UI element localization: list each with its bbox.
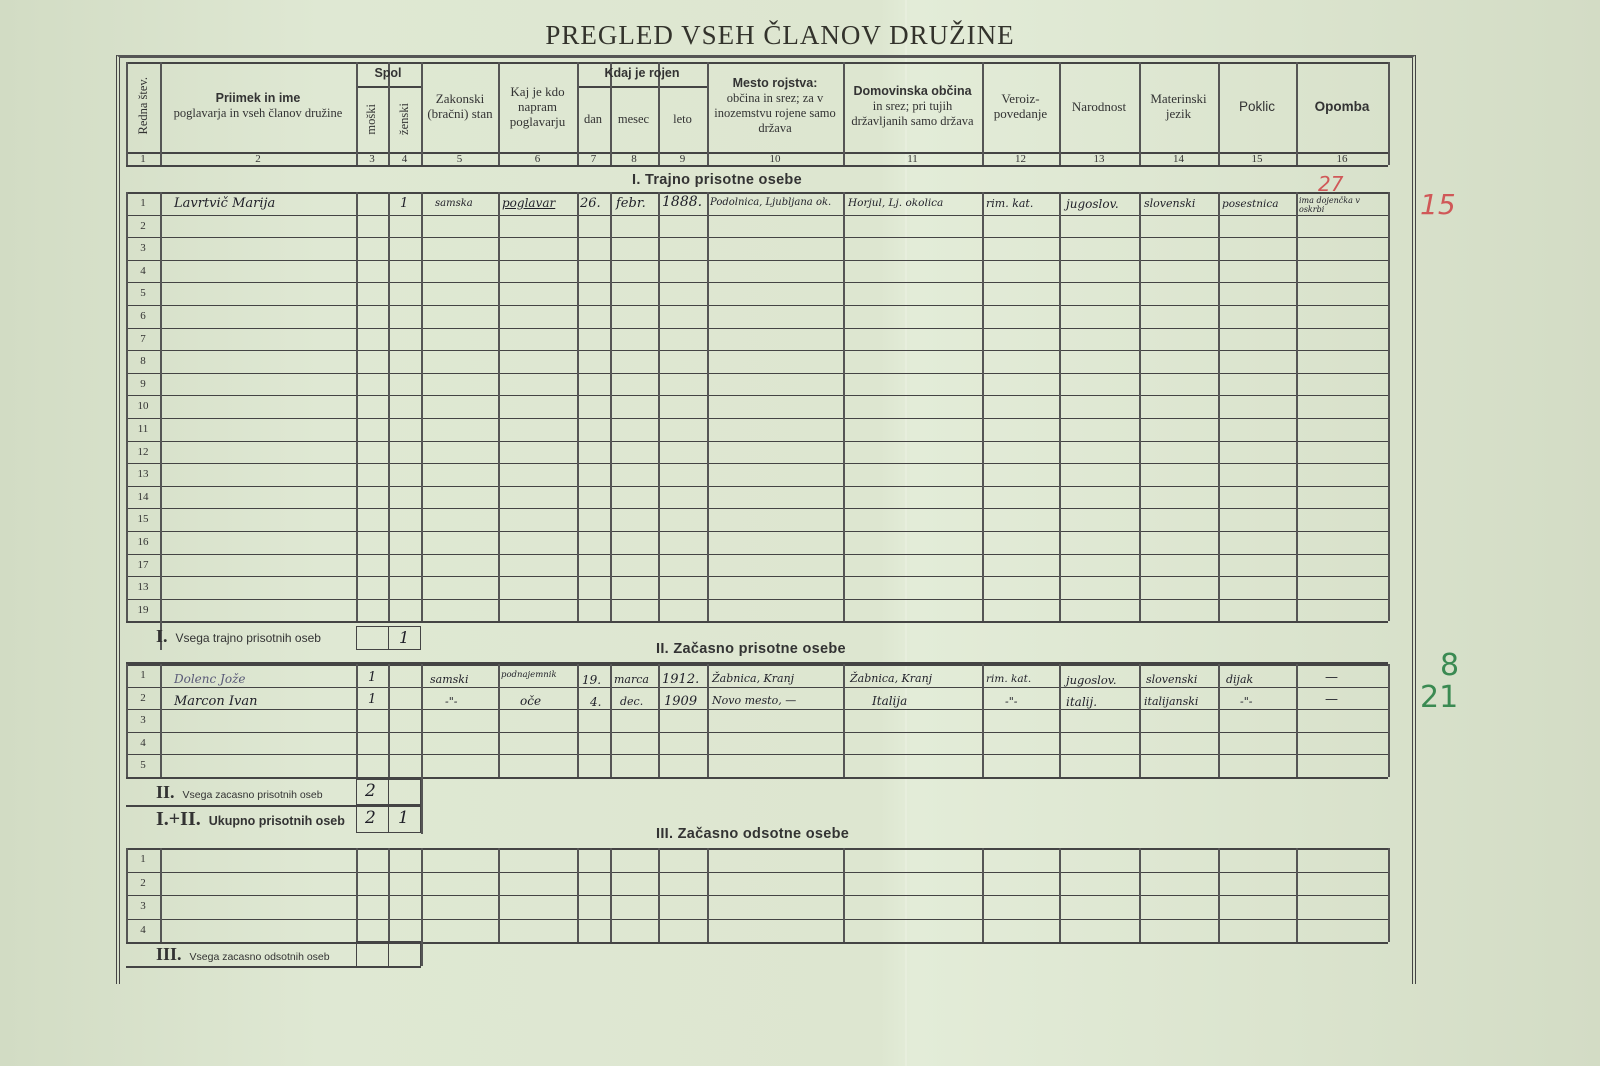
total-s1-label: I.Vsega trajno prisotnih oseb	[156, 626, 321, 647]
s2-row1-poklic: dijak	[1226, 673, 1253, 686]
column-number: 13	[1059, 153, 1139, 165]
total-s2-moski-box: 2	[356, 779, 389, 805]
row-number: 2	[126, 220, 160, 232]
s2-row2-poklic: -"-	[1240, 695, 1253, 708]
column-number: 1	[126, 153, 160, 165]
section-1-title: I. Trajno prisotne osebe	[632, 172, 802, 188]
total-s2-moski: 2	[365, 781, 376, 801]
column-number: 4	[388, 153, 421, 165]
header-domovinska-sub: in srez; pri tujih državljanih samo drža…	[844, 99, 981, 129]
total-s12-text: Ukupno prisotnih oseb	[209, 814, 345, 828]
header-mesec-label: mesec	[618, 112, 649, 127]
s1-row1-poklic: posestnica	[1222, 198, 1279, 210]
row-number: 8	[126, 355, 160, 367]
s2-row2-stan: -"-	[445, 695, 458, 708]
header-redna-stev: Redna štev.	[126, 62, 160, 150]
s2-row1-opomba: —	[1325, 670, 1338, 685]
row-number: 16	[126, 536, 160, 548]
page-title: PREGLED VSEH ČLANOV DRUŽINE	[0, 20, 1560, 51]
header-zenski-label: ženski	[397, 103, 412, 135]
header-zakonski: Zakonski (bračni) stan	[423, 62, 497, 150]
header-veroizpovedanje: Veroiz-povedanje	[983, 62, 1058, 150]
row-number: 3	[126, 242, 160, 254]
s2-row2-narodnost: italij.	[1066, 695, 1097, 709]
total-s12-moski-box: 2	[356, 805, 389, 833]
header-poklic: Poklic	[1219, 62, 1295, 150]
s2-row2-name: Marcon Ivan	[174, 694, 258, 709]
row-number: 13	[126, 468, 160, 480]
total-s1-text: Vsega trajno prisotnih oseb	[176, 631, 321, 645]
green-annotation-bottom: 21	[1420, 680, 1458, 715]
header-kaj-je-kdo-label: Kaj je kdo napram poglavarju	[499, 84, 576, 129]
s2-row2-leto: 1909	[664, 694, 697, 709]
header-kaj-je-kdo: Kaj je kdo napram poglavarju	[499, 62, 576, 150]
row-number: 12	[126, 446, 160, 458]
s2-row1-odnos: podnajemnik	[501, 670, 557, 680]
s2-row1-narodnost: jugoslov.	[1066, 673, 1117, 687]
section-3-title: III. Začasno odsotne osebe	[656, 826, 849, 842]
row-number: 9	[126, 378, 160, 390]
header-poklic-label: Poklic	[1239, 99, 1275, 114]
s1-row1-opomba: ima dojenčka v oskrbi	[1299, 196, 1387, 214]
row-number: 4	[126, 265, 160, 277]
column-number: 14	[1139, 153, 1218, 165]
row-number: 3	[126, 900, 160, 912]
total-s2-zenski-box	[388, 779, 421, 805]
header-mesto-rojstva: Mesto rojstva: občina in srez; za v inoz…	[708, 62, 842, 150]
header-moski: moški	[356, 88, 387, 150]
row-number: 11	[126, 423, 160, 435]
s2-row1-stan: samski	[430, 673, 468, 686]
header-vero-label: Veroiz-povedanje	[983, 91, 1058, 121]
row-number: 7	[126, 333, 160, 345]
s1-row1-mesto: Podolnica, Ljubljana ok.	[710, 197, 831, 208]
red-annotation-top: 27	[1318, 172, 1343, 196]
header-moski-label: moški	[364, 104, 379, 135]
row-number: 1	[126, 197, 160, 209]
s1-row1-domovinska: Horjul, Lj. okolica	[848, 197, 943, 209]
s2-row2-mesec: dec.	[620, 695, 643, 708]
s1-row1-odnos: poglavar	[502, 196, 555, 210]
header-redna-stev-label: Redna štev.	[136, 77, 151, 135]
s2-row1-domovinska: Žabnica, Kranj	[850, 672, 932, 685]
header-dan-label: dan	[584, 112, 602, 127]
header-narodnost: Narodnost	[1060, 62, 1138, 150]
column-number: 16	[1296, 153, 1388, 165]
column-number: 15	[1218, 153, 1296, 165]
row-number: 4	[126, 737, 160, 749]
header-opomba: Opomba	[1297, 62, 1387, 150]
row-number: 1	[126, 853, 160, 865]
header-leto-label: leto	[673, 112, 692, 127]
form-frame	[116, 55, 1416, 984]
total-s3-zenski-box	[388, 941, 421, 967]
total-s1-zenski: 1	[399, 628, 409, 647]
total-s12-zenski-box: 1	[388, 805, 421, 833]
total-s3-roman: III.	[156, 944, 182, 964]
header-leto: leto	[659, 88, 706, 150]
header-mesto-sub: občina in srez; za v inozemstvu rojene s…	[708, 91, 842, 136]
row-number: 15	[126, 513, 160, 525]
section-2-title: II. Začasno prisotne osebe	[656, 641, 846, 657]
s2-row1-jezik: slovenski	[1146, 673, 1197, 686]
column-number: 9	[658, 153, 707, 165]
s2-row2-moski: 1	[368, 692, 376, 707]
column-number: 2	[160, 153, 356, 165]
green-annotation-top: 8	[1440, 648, 1459, 683]
total-s1-roman: I.	[156, 626, 168, 646]
s1-row1-stan: samska	[435, 198, 473, 209]
row-number: 1	[126, 669, 160, 681]
row-number: 5	[126, 287, 160, 299]
header-spol-label: Spol	[374, 66, 401, 81]
column-number: 5	[421, 153, 498, 165]
header-mesto-title: Mesto rojstva:	[733, 76, 818, 91]
row-number: 3	[126, 714, 160, 726]
header-zakonski-label: Zakonski (bračni) stan	[423, 91, 497, 121]
header-spol: Spol	[356, 62, 420, 84]
header-opomba-label: Opomba	[1315, 99, 1370, 114]
header-kdaj-je-rojen: Kdaj je rojen	[577, 62, 707, 84]
s1-row1-mesec: febr.	[616, 196, 646, 211]
column-number: 7	[577, 153, 610, 165]
header-zenski: ženski	[389, 88, 420, 150]
header-domovinska: Domovinska občina in srez; pri tujih drž…	[844, 62, 981, 150]
row-number: 5	[126, 759, 160, 771]
column-number: 11	[843, 153, 982, 165]
s1-row1-leto: 1888.	[662, 194, 702, 210]
row-number: 19	[126, 604, 160, 616]
s2-row2-domovinska: Italija	[872, 694, 907, 708]
column-number: 3	[356, 153, 388, 165]
row-number: 10	[126, 400, 160, 412]
header-priimek-sub: poglavarja in vseh članov družine	[174, 106, 343, 121]
s2-row2-odnos: oče	[520, 694, 541, 708]
row-number: 17	[126, 559, 160, 571]
s1-row1-jezik: slovenski	[1144, 197, 1195, 210]
s2-row1-name: Dolenc Jože	[174, 672, 246, 686]
s2-row2-vera: -"-	[1005, 695, 1018, 708]
header-priimek: Priimek in ime poglavarja in vseh članov…	[161, 62, 355, 150]
header-kdaj-label: Kdaj je rojen	[604, 66, 679, 81]
total-s12-moski: 2	[365, 808, 376, 828]
total-s1-zenski-box: 1	[388, 626, 421, 650]
s1-row1-name: Lavrtvič Marija	[174, 196, 275, 211]
total-s1-moski-box	[356, 626, 389, 650]
header-narodnost-label: Narodnost	[1072, 99, 1126, 114]
s2-row1-dan: 19.	[582, 673, 601, 687]
s1-row1-vera: rim. kat.	[986, 197, 1033, 210]
row-number: 13	[126, 581, 160, 593]
s2-row1-moski: 1	[368, 670, 376, 685]
s2-row2-mesto: Novo mesto, —	[712, 694, 796, 707]
s2-row1-leto: 1912.	[662, 672, 699, 687]
s2-row1-mesto: Žabnica, Kranj	[712, 672, 794, 685]
red-annotation-side: 15	[1420, 188, 1456, 221]
column-number: 12	[982, 153, 1059, 165]
row-number: 2	[126, 692, 160, 704]
total-s2-text: Vsega zacasno prisotnih oseb	[183, 789, 323, 801]
total-s12-label: I.+II.Ukupno prisotnih oseb	[156, 808, 345, 831]
s2-row2-dan: 4.	[590, 695, 601, 709]
s2-row2-opomba: —	[1325, 692, 1338, 707]
s1-row1-zenski: 1	[400, 196, 408, 211]
column-number: 10	[707, 153, 843, 165]
total-s2-roman: II.	[156, 782, 175, 802]
row-number: 4	[126, 924, 160, 936]
header-materinski-jezik: Materinski jezik	[1140, 62, 1217, 150]
header-mesec: mesec	[610, 88, 657, 150]
column-number: 8	[610, 153, 658, 165]
s2-row1-vera: rim. kat.	[986, 673, 1031, 685]
header-dan: dan	[577, 88, 609, 150]
s2-row2-jezik: italijanski	[1144, 695, 1198, 708]
header-priimek-title: Priimek in ime	[216, 91, 301, 106]
header-domovinska-title: Domovinska občina	[853, 84, 971, 99]
header-materinski-label: Materinski jezik	[1140, 91, 1217, 121]
total-s3-moski-box	[356, 941, 389, 967]
s1-row1-dan: 26.	[580, 196, 601, 211]
s1-row1-narodnost: jugoslov.	[1066, 197, 1119, 211]
s2-row1-mesec: marca	[614, 673, 649, 686]
total-s3-label: III.Vsega zacasno odsotnih oseb	[156, 944, 330, 965]
total-s12-roman: I.+II.	[156, 808, 201, 830]
total-s2-label: II.Vsega zacasno prisotnih oseb	[156, 782, 323, 803]
row-number: 2	[126, 877, 160, 889]
column-number: 6	[498, 153, 577, 165]
row-number: 6	[126, 310, 160, 322]
row-number: 14	[126, 491, 160, 503]
total-s12-zenski: 1	[398, 808, 409, 828]
total-s3-text: Vsega zacasno odsotnih oseb	[190, 951, 330, 963]
